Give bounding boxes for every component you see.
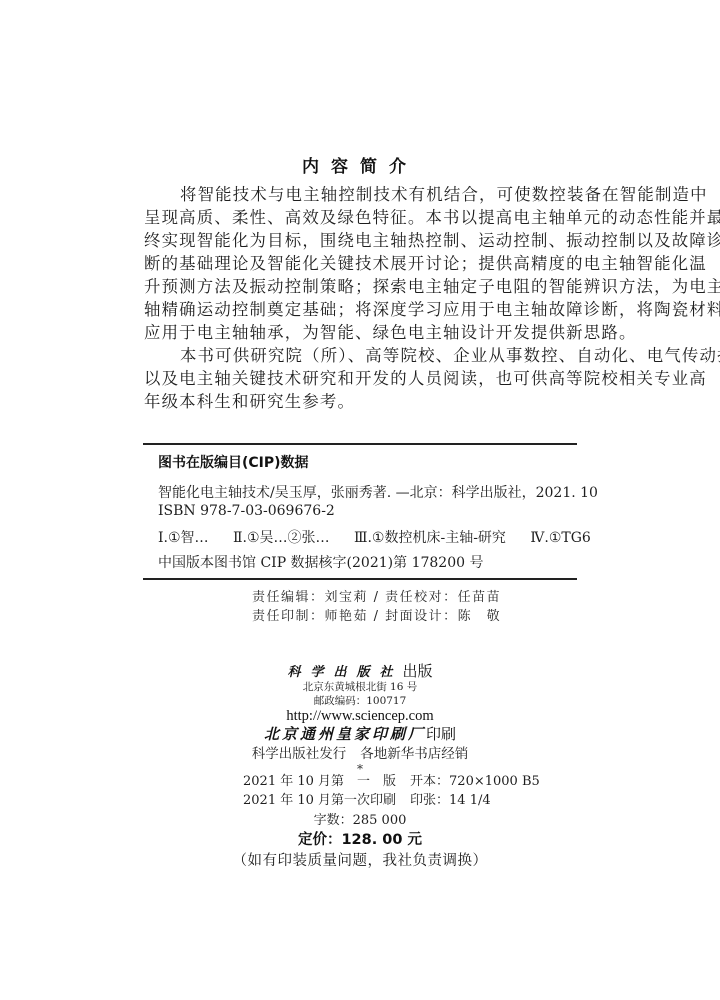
price: 定价：128. 00 元	[0, 830, 720, 850]
print-sheets: 印张：14 1/4	[410, 793, 491, 808]
intro-p2-line-1: 本书可供研究院（所）、高等院校、企业从事数控、自动化、电气传动技术	[144, 344, 578, 367]
print-date: 2021 年 10 月第一次印刷	[243, 793, 396, 808]
cip-header: 图书在版编目(CIP)数据	[158, 453, 578, 473]
cip-class-4: Ⅳ.①TG6	[530, 530, 590, 546]
cip-classification: Ⅰ.①智… Ⅱ.①吴…②张… Ⅲ.①数控机床-主轴-研究 Ⅳ.①TG6	[158, 529, 578, 548]
intro-p1-line-2: 呈现高质、柔性、高效及绿色特征。本书以提高电主轴单元的动态性能并最	[144, 206, 578, 229]
cip-class-2: Ⅱ.①吴…②张…	[233, 530, 330, 546]
printer: 北京通州皇家印刷厂印刷	[0, 724, 720, 744]
cip-class-3: Ⅲ.①数控机床-主轴-研究	[354, 530, 506, 546]
credits-line-1: 责任编辑：刘宝莉 / 责任校对：任苗苗	[252, 588, 501, 607]
cip-class-1: Ⅰ.①智…	[158, 530, 209, 546]
distribution: 科学出版社发行各地新华书店经销	[0, 745, 720, 763]
cip-title-line: 智能化电主轴技术/吴玉厚，张丽秀著. —北京：科学出版社，2021. 10	[158, 484, 578, 503]
distribution-publisher: 科学出版社发行	[252, 746, 347, 762]
distribution-seller: 各地新华书店经销	[360, 746, 468, 762]
cip-isbn: ISBN 978-7-03-069676-2	[158, 502, 578, 521]
publisher-brand: 科学出版社	[287, 665, 402, 680]
publisher-suffix: 出版	[403, 662, 433, 680]
cip-number: 中国版本图书馆 CIP 数据核字(2021)第 178200 号	[158, 554, 578, 573]
intro-p1-line-5: 升预测方法及振动控制策略；探索电主轴定子电阻的智能辨识方法，为电主	[144, 275, 578, 298]
print-line: 2021 年 10 月第一次印刷印张：14 1/4	[243, 792, 491, 810]
edition-date: 2021 年 10 月第 一 版	[243, 774, 396, 789]
edition-line: 2021 年 10 月第 一 版开本：720×1000 B5	[243, 773, 540, 791]
word-count: 字数：285 000	[0, 812, 720, 830]
intro-p1-line-3: 终实现智能化为目标，围绕电主轴热控制、运动控制、振动控制以及故障诊	[144, 229, 578, 252]
intro-p2-line-3: 年级本科生和研究生参考。	[144, 390, 578, 413]
intro-p2-line-2: 以及电主轴关键技术研究和开发的人员阅读，也可供高等院校相关专业高	[144, 367, 578, 390]
cip-top-rule	[143, 443, 577, 445]
intro-p1-line-7: 应用于电主轴轴承，为智能、绿色电主轴设计开发提供新思路。	[144, 321, 578, 344]
printer-brand: 北京通州皇家印刷厂	[264, 725, 426, 743]
quality-note: （如有印装质量问题，我社负责调换）	[0, 851, 720, 871]
cip-bottom-rule	[143, 578, 577, 580]
intro-body: 将智能技术与电主轴控制技术有机结合，可使数控装备在智能制造中 呈现高质、柔性、高…	[144, 183, 578, 413]
printer-suffix: 印刷	[426, 725, 456, 743]
publisher-address: 北京东黄城根北街 16 号	[0, 680, 720, 695]
intro-p1-line-6: 轴精确运动控制奠定基础；将深度学习应用于电主轴故障诊断，将陶瓷材料	[144, 298, 578, 321]
intro-title: 内容简介	[0, 156, 720, 178]
credits-line-2: 责任印制：师艳茹 / 封面设计：陈 敬	[252, 607, 501, 626]
publisher-url: http://www.sciencep.com	[0, 707, 720, 725]
edition-format: 开本：720×1000 B5	[410, 774, 540, 789]
intro-p1-line-4: 断的基础理论及智能化关键技术展开讨论；提供高精度的电主轴智能化温	[144, 252, 578, 275]
intro-p1-line-1: 将智能技术与电主轴控制技术有机结合，可使数控装备在智能制造中	[144, 183, 578, 206]
